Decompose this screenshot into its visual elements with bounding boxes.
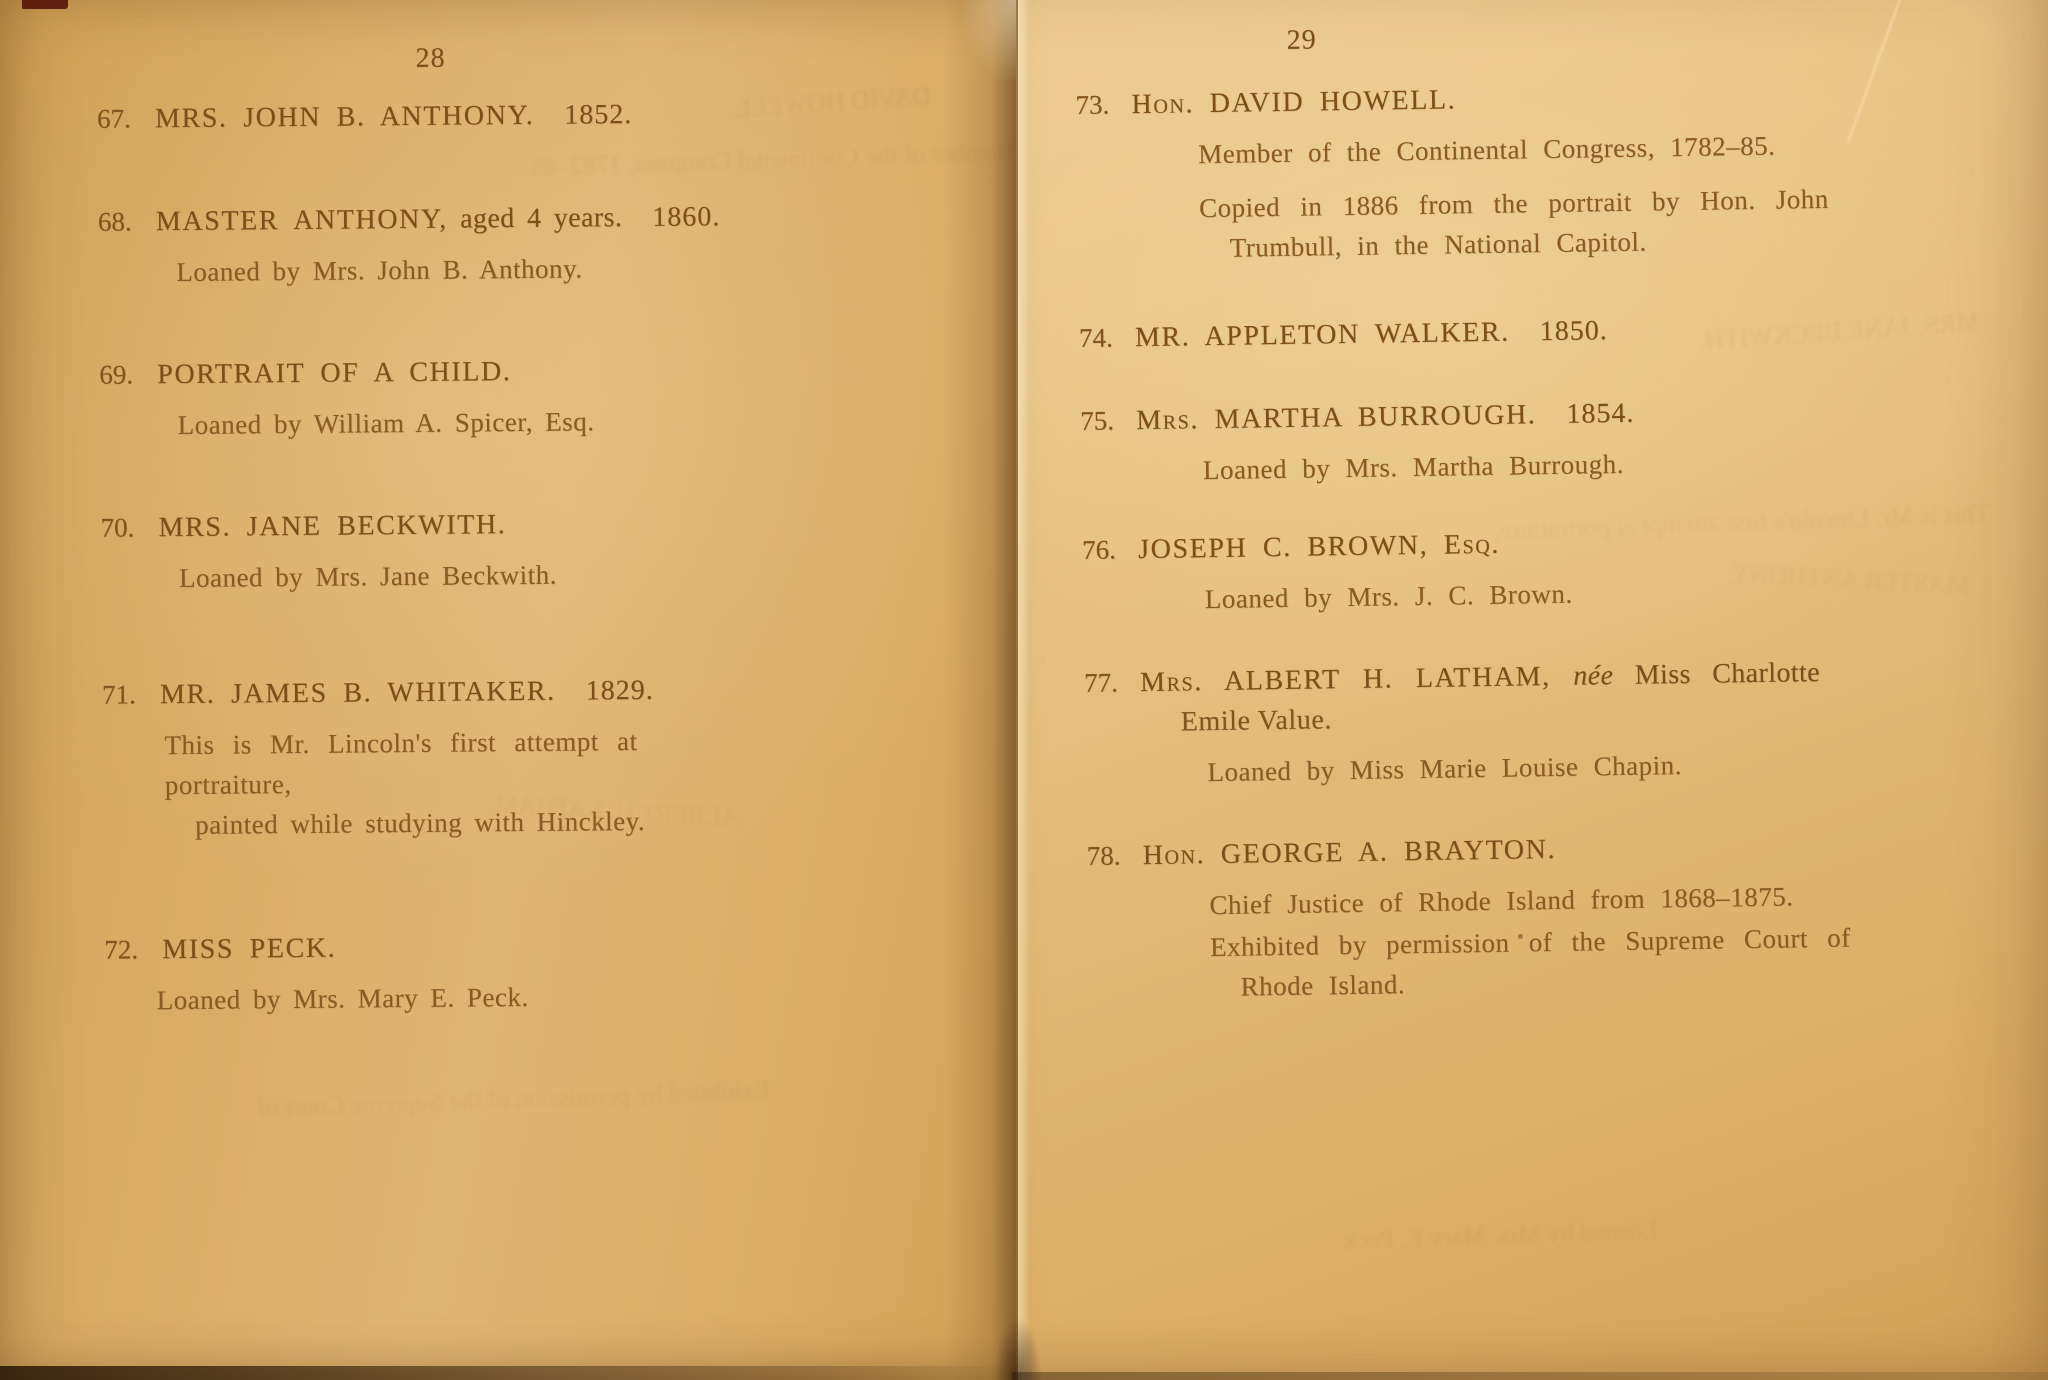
- entry-notes: Loaned by Mrs. Mary E. Peck.: [105, 975, 773, 1021]
- entry-title: JOSEPH C. BROWN, Esq.: [1138, 525, 1500, 570]
- entry-date: 1829.: [586, 671, 654, 712]
- entry-date: 1852.: [564, 95, 632, 136]
- catalog-entry: 75. Mrs. MARTHA BURROUGH. 1854. Loaned b…: [1080, 388, 1977, 492]
- entry-title: Hon. DAVID HOWELL.: [1131, 80, 1456, 125]
- note-line: Member of the Continental Congress, 1782…: [1198, 123, 1973, 174]
- entry-title: MRS. JANE BECKWITH.: [158, 505, 506, 548]
- catalog-entry: 73. Hon. DAVID HOWELL. Member of the Con…: [1075, 72, 1974, 270]
- entry-notes: Loaned by Mrs. John B. Anthony.: [98, 247, 766, 293]
- title-run: MISS PECK.: [162, 933, 336, 966]
- note-line: Loaned by William A. Spicer, Esq.: [178, 400, 768, 445]
- entry-heading-line: 67. MRS. JOHN B. ANTHONY. 1852.: [97, 93, 765, 140]
- title-run: MASTER ANTHONY,: [156, 204, 448, 238]
- show-through-text: Exhibited by permission of the Supreme C…: [170, 1076, 771, 1127]
- entry-title: MR. JAMES B. WHITAKER.: [160, 672, 556, 715]
- title-run: DAVID HOWELL.: [1194, 84, 1457, 119]
- show-through-text: Loaned by Mrs. Mary E. Peck.: [1138, 1215, 1659, 1263]
- entry-number: 67.: [97, 98, 155, 139]
- entry-number: 68.: [98, 201, 156, 242]
- entry-notes: Loaned by Mrs. Jane Beckwith.: [101, 553, 769, 599]
- note-line: Loaned by Mrs. Mary E. Peck.: [157, 975, 773, 1020]
- entry-notes: Member of the Continental Congress, 1782…: [1076, 123, 1974, 270]
- title-run: Mrs.: [1136, 404, 1199, 436]
- right-page-content: 29 73. Hon. DAVID HOWELL. Member of the …: [1018, 0, 2048, 1010]
- catalog-entry: 76. JOSEPH C. BROWN, Esq. Loaned by Mrs.…: [1082, 517, 1979, 621]
- title-run: née: [1573, 660, 1614, 692]
- entry-number: 74.: [1079, 317, 1136, 358]
- entry-title: MISS PECK.: [162, 929, 336, 971]
- entry-note: Loaned by Mrs. John B. Anthony.: [176, 247, 766, 292]
- title-run: MRS. JOHN B. ANTHONY.: [155, 100, 535, 134]
- title-run: Hon.: [1131, 88, 1194, 120]
- entry-note: Copied in 1886 from the portrait by Hon.…: [1199, 177, 1974, 268]
- entry-number: 71.: [102, 674, 160, 715]
- entry-note: Loaned by Mrs. Jane Beckwith.: [179, 553, 769, 598]
- entry-notes: Loaned by Mrs. Martha Burrough.: [1081, 439, 1977, 492]
- title-run: MR. JAMES B. WHITAKER.: [160, 676, 556, 710]
- entry-note: Member of the Continental Congress, 1782…: [1198, 123, 1973, 174]
- note-line: Loaned by Mrs. J. C. Brown.: [1205, 568, 1980, 619]
- gutter-highlight: [962, 0, 1016, 80]
- entry-note: Loaned by William A. Spicer, Esq.: [178, 400, 768, 445]
- right-page: 29 73. Hon. DAVID HOWELL. Member of the …: [1016, 0, 2048, 1380]
- entry-date: 1850.: [1539, 311, 1608, 352]
- entry-title: MR. APPLETON WALKER.: [1135, 313, 1510, 359]
- left-page-content: 28 67. MRS. JOHN B. ANTHONY. 1852. 68. M…: [0, 0, 1025, 1021]
- entry-list: 73. Hon. DAVID HOWELL. Member of the Con…: [1075, 72, 1985, 1009]
- entry-notes: Loaned by William A. Spicer, Esq.: [100, 400, 768, 446]
- catalog-entry: 68. MASTER ANTHONY, aged 4 years. 1860. …: [98, 196, 767, 293]
- catalog-entry: 72. MISS PECK. Loaned by Mrs. Mary E. Pe…: [104, 924, 773, 1021]
- entry-note: Loaned by Mrs. Martha Burrough.: [1203, 439, 1978, 490]
- entry-heading-line: 74. MR. APPLETON WALKER. 1850.: [1079, 305, 1976, 359]
- entry-number: 76.: [1082, 529, 1139, 570]
- note-line: Loaned by Mrs. Jane Beckwith.: [179, 553, 769, 598]
- entry-note: Exhibited by permission of the Supreme C…: [1210, 916, 1985, 1007]
- note-line: This is Mr. Lincoln's first attempt at p…: [164, 720, 771, 805]
- entry-notes: Chief Justice of Rhode Island from 1868–…: [1087, 874, 1985, 1009]
- entry-title: MRS. JOHN B. ANTHONY.: [155, 96, 535, 139]
- catalog-entry: 67. MRS. JOHN B. ANTHONY. 1852.: [97, 93, 765, 140]
- entry-date: 1854.: [1566, 394, 1635, 435]
- entry-heading-line: 72. MISS PECK.: [104, 924, 772, 971]
- title-run: JOSEPH C. BROWN,: [1138, 530, 1444, 566]
- entry-date: 1860.: [652, 197, 720, 238]
- note-line: Loaned by Miss Marie Louise Chapin.: [1207, 741, 1982, 792]
- entry-number: 75.: [1080, 400, 1137, 441]
- title-run: GEORGE A. BRAYTON.: [1205, 834, 1556, 870]
- catalog-entry: 74. MR. APPLETON WALKER. 1850.: [1079, 305, 1976, 359]
- page-number: 29: [1286, 14, 1970, 58]
- entry-number: 72.: [104, 929, 162, 970]
- open-book-photo: 28 67. MRS. JOHN B. ANTHONY. 1852. 68. M…: [0, 0, 2048, 1380]
- title-run: Esq.: [1444, 529, 1501, 561]
- entry-note: Loaned by Mrs. J. C. Brown.: [1205, 568, 1980, 619]
- bottom-edge-shadow: [0, 1366, 1012, 1380]
- title-run: MRS. JANE BECKWITH.: [158, 509, 506, 543]
- entry-heading-line: 75. Mrs. MARTHA BURROUGH. 1854.: [1080, 388, 1977, 442]
- title-run: ALBERT H. LATHAM,: [1203, 661, 1574, 697]
- entry-heading-line: 68. MASTER ANTHONY, aged 4 years. 1860.: [98, 196, 766, 243]
- entry-number: 69.: [99, 354, 157, 395]
- entry-number: 77.: [1084, 662, 1141, 703]
- entry-heading-line: 73. Hon. DAVID HOWELL.: [1075, 72, 1972, 126]
- entry-note: This is Mr. Lincoln's first attempt at p…: [164, 720, 771, 845]
- entry-heading-line: 71. MR. JAMES B. WHITAKER. 1829.: [102, 669, 770, 716]
- title-run: MARTHA BURROUGH.: [1199, 399, 1537, 435]
- entry-notes: This is Mr. Lincoln's first attempt at p…: [102, 720, 771, 846]
- note-line: Loaned by Mrs. John B. Anthony.: [176, 247, 766, 292]
- ink-speck: [1518, 934, 1523, 939]
- entry-heading-line: 78. Hon. GEORGE A. BRAYTON.: [1086, 823, 1983, 877]
- entry-notes: Loaned by Miss Marie Louise Chapin.: [1085, 741, 1981, 794]
- entry-number: 78.: [1086, 835, 1143, 876]
- note-line: painted while studying with Hinckley.: [195, 800, 771, 845]
- title-run: Mrs.: [1140, 666, 1203, 698]
- entry-notes: Loaned by Mrs. J. C. Brown.: [1083, 568, 1979, 621]
- entry-heading-line: 76. JOSEPH C. BROWN, Esq.: [1082, 517, 1979, 571]
- left-page: 28 67. MRS. JOHN B. ANTHONY. 1852. 68. M…: [0, 0, 1016, 1380]
- corner-mark: [22, 0, 68, 9]
- entry-heading-line: 69. PORTRAIT OF A CHILD.: [99, 349, 767, 396]
- title-run: PORTRAIT OF A CHILD.: [157, 356, 511, 390]
- entry-title: PORTRAIT OF A CHILD.: [157, 352, 512, 395]
- entry-title: MASTER ANTHONY, aged 4 years.: [156, 198, 623, 242]
- entry-heading-line: 70. MRS. JANE BECKWITH.: [100, 502, 768, 549]
- entry-number: 73.: [1075, 84, 1132, 125]
- entry-note: Loaned by Miss Marie Louise Chapin.: [1207, 741, 1982, 792]
- page-number: 28: [96, 39, 764, 79]
- entry-number: 70.: [100, 507, 158, 548]
- title-run: Hon.: [1142, 839, 1205, 871]
- entry-note: Loaned by Mrs. Mary E. Peck.: [157, 975, 773, 1020]
- entry-title: Hon. GEORGE A. BRAYTON.: [1142, 830, 1556, 876]
- entry-list: 67. MRS. JOHN B. ANTHONY. 1852. 68. MAST…: [97, 93, 773, 1021]
- catalog-entry: 69. PORTRAIT OF A CHILD. Loaned by Willi…: [99, 349, 768, 446]
- bottom-edge-shadow: [1012, 1372, 2048, 1380]
- note-line: Loaned by Mrs. Martha Burrough.: [1203, 439, 1978, 490]
- title-run: MR. APPLETON WALKER.: [1135, 317, 1510, 354]
- title-run: aged 4 years.: [448, 202, 623, 235]
- title-run: Miss Charlotte: [1613, 657, 1820, 691]
- catalog-entry: 71. MR. JAMES B. WHITAKER. 1829. This is…: [102, 669, 771, 846]
- catalog-entry: 70. MRS. JANE BECKWITH. Loaned by Mrs. J…: [100, 502, 769, 599]
- entry-title: Mrs. MARTHA BURROUGH.: [1136, 395, 1537, 441]
- catalog-entry: 78. Hon. GEORGE A. BRAYTON. Chief Justic…: [1086, 823, 1984, 1009]
- catalog-entry: 77. Mrs. ALBERT H. LATHAM, née Miss Char…: [1084, 650, 1982, 794]
